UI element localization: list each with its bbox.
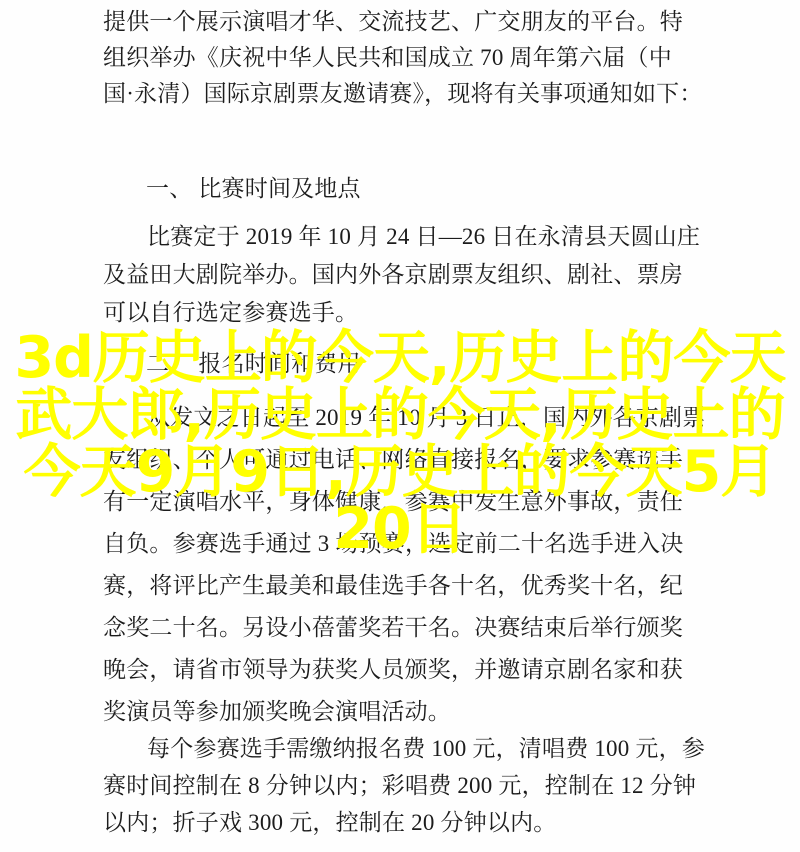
text-line: 念奖二十名。另设小蓓蕾奖若干名。决赛结束后举行颁奖 [103, 607, 743, 649]
text-line: 比赛定于 2019 年 10 月 24 日—26 日在永清县天圆山庄 [103, 218, 743, 256]
text-line: 赛时间控制在 8 分钟以内；彩唱费 200 元，控制在 12 分钟 [103, 767, 743, 804]
fees-paragraph: 每个参赛选手需缴纳报名费 100 元，清唱费 100 元，参 赛时间控制在 8 … [103, 730, 743, 841]
section-2-paragraph: 从发文之日起至 2019 年 10 月 3 日止，国内外各京剧票 友组织、个人可… [103, 397, 743, 733]
section-1-paragraph: 比赛定于 2019 年 10 月 24 日—26 日在永清县天圆山庄 及益田大剧… [103, 218, 743, 332]
text-line: 晚会，请省市领导为获奖人员颁奖，并邀请京剧名家和获 [103, 649, 743, 691]
text-line: 提供一个展示演唱才华、交流技艺、广交朋友的平台。特 [103, 4, 743, 40]
text-line: 自负。参赛选手通过 3 场预赛，选定前二十名选手进入决 [103, 523, 743, 565]
watermark-line: 3d历史上的今天,历史上的今天 [0, 330, 800, 387]
section-heading-2: 二、 报名时间和费用 [146, 350, 361, 378]
document-page: 提供一个展示演唱才华、交流技艺、广交朋友的平台。特 组织举办《庆祝中华人民共和国… [0, 0, 800, 852]
text-line: 有一定演唱水平，身体健康，参赛中发生意外事故，责任 [103, 481, 743, 523]
intro-paragraph: 提供一个展示演唱才华、交流技艺、广交朋友的平台。特 组织举办《庆祝中华人民共和国… [103, 4, 743, 112]
text-line: 以内；折子戏 300 元，控制在 20 分钟以内。 [103, 804, 743, 841]
text-line: 赛，将评比产生最美和最佳选手各十名，优秀奖十名，纪 [103, 565, 743, 607]
text-line: 可以自行选定参赛选手。 [103, 294, 743, 332]
text-line: 国·永清）国际京剧票友邀请赛》，现将有关事项通知如下： [103, 76, 743, 112]
text-line: 组织举办《庆祝中华人民共和国成立 70 周年第六届（中 [103, 40, 743, 76]
text-line: 奖演员等参加颁奖晚会演唱活动。 [103, 691, 743, 733]
text-line: 从发文之日起至 2019 年 10 月 3 日止，国内外各京剧票 [103, 397, 743, 439]
section-heading-1: 一、 比赛时间及地点 [146, 175, 361, 203]
text-line: 友组织、个人可通过电话、网络直接报名，要求参赛选手 [103, 439, 743, 481]
text-line: 每个参赛选手需缴纳报名费 100 元，清唱费 100 元，参 [103, 730, 743, 767]
text-line: 及益田大剧院举办。国内外各京剧票友组织、剧社、票房 [103, 256, 743, 294]
